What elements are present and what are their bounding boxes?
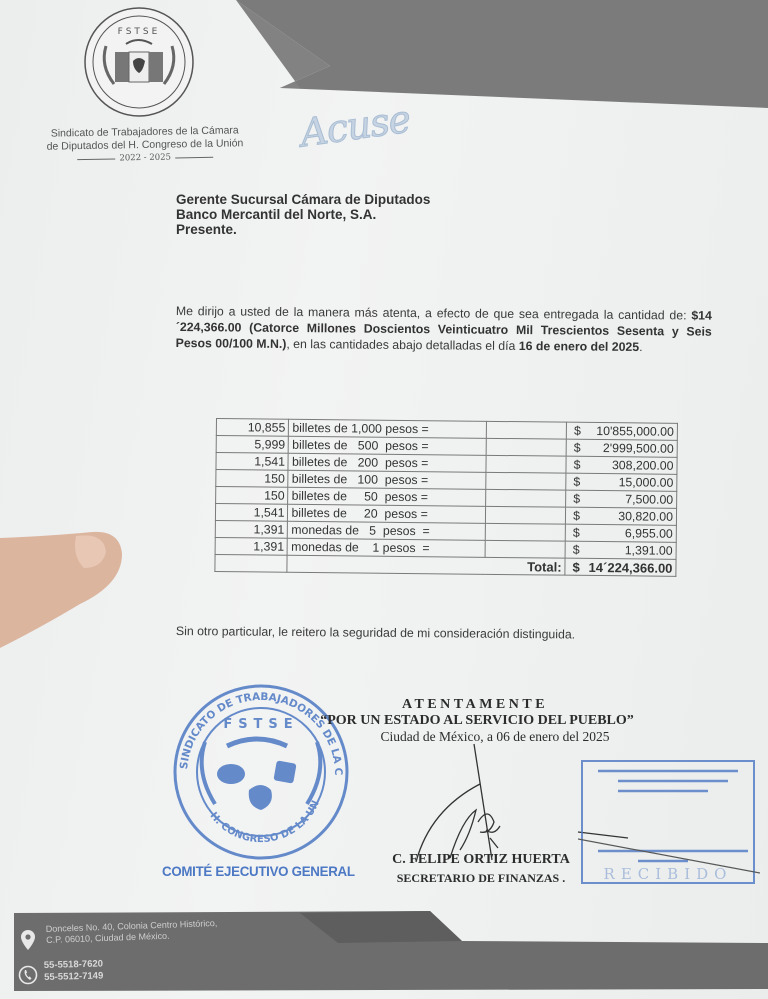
svg-text:RECIBIDO: RECIBIDO (604, 865, 733, 883)
qty-cell: 1,391 (215, 520, 288, 538)
total-label: Total: (287, 555, 565, 575)
amount-cell: $6,955.00 (565, 524, 676, 542)
currency-symbol: $ (569, 475, 580, 489)
qty-cell: 5,999 (216, 436, 289, 454)
amount-value: 6,955.00 (625, 526, 673, 541)
amount-cell: $30,820.00 (566, 507, 677, 525)
svg-text:FSTSE: FSTSE (118, 27, 161, 37)
total-amount: 14´224,366.00 (589, 559, 673, 575)
amount-cell: $10'855,000.00 (566, 422, 677, 440)
amount-value: 30,820.00 (618, 509, 673, 524)
footer-phones: 55-5518-7620 55-5512-7149 (44, 958, 104, 984)
amount-value: 10'855,000.00 (596, 424, 674, 439)
union-seal-stamp: SINDICATO DE TRABAJADORES DE LA CÁMARA D… (165, 682, 357, 862)
thumb (0, 528, 130, 668)
spacer-cell (486, 523, 566, 541)
motto: “POR UN ESTADO AL SERVICIO DEL PUEBLO” (292, 713, 662, 729)
total-amount-cell: $14´224,366.00 (565, 558, 676, 576)
currency-symbol: $ (570, 441, 581, 455)
currency-symbol: $ (569, 559, 580, 574)
addressee-presente: Presente. (176, 222, 430, 237)
denomination-cell: billetes de 20 pesos = (288, 504, 486, 523)
footer-band (0, 905, 768, 999)
qty-cell: 10,855 (216, 419, 289, 437)
amount-value: 2'999,500.00 (603, 441, 674, 456)
currency-symbol: $ (569, 492, 580, 506)
spacer-cell (486, 455, 566, 473)
empty-cell (215, 554, 288, 572)
union-logo: FSTSE (78, 6, 200, 118)
amount-value: 308,200.00 (612, 458, 674, 473)
qty-cell: 1,541 (216, 453, 289, 471)
spacer-cell (486, 506, 566, 524)
amount-cell: $15,000.00 (566, 473, 677, 491)
signer-name: C. FELIPE ORTIZ HUERTA (376, 852, 586, 868)
currency-symbol: $ (570, 424, 581, 438)
addressee-title: Gerente Sucursal Cámara de Diputados (176, 192, 430, 207)
qty-cell: 1,391 (215, 537, 288, 555)
denomination-cell: monedas de 5 pesos = (288, 521, 486, 540)
union-name: Sindicato de Trabajadores de la Cámara d… (20, 124, 271, 167)
body-paragraph: Me dirijo a usted de la manera más atent… (176, 303, 712, 356)
denomination-cell: billetes de 50 pesos = (288, 487, 486, 506)
addressee-block: Gerente Sucursal Cámara de Diputados Ban… (176, 192, 430, 237)
denomination-cell: billetes de 200 pesos = (288, 453, 486, 472)
spacer-cell (487, 438, 567, 456)
denomination-cell: monedas de 1 pesos = (288, 538, 486, 557)
denomination-table: 10,855billetes de 1,000 pesos =$10'855,0… (214, 418, 678, 577)
qty-cell: 1,541 (215, 504, 288, 522)
denomination-cell: billetes de 1,000 pesos = (289, 419, 487, 438)
bank-received-stamp: RECIBIDO (578, 757, 760, 887)
currency-symbol: $ (570, 458, 581, 472)
qty-cell: 150 (216, 470, 289, 488)
phone-icon (18, 965, 38, 985)
amount-cell: $1,391.00 (565, 541, 676, 559)
denomination-cell: billetes de 500 pesos = (289, 436, 487, 455)
amount-value: 7,500.00 (625, 492, 673, 507)
spacer-cell (486, 472, 566, 490)
seal-caption: COMITÉ EJECUTIVO GENERAL (162, 863, 355, 879)
atentamente: ATENTAMENTE (370, 697, 580, 713)
spacer-cell (486, 540, 566, 558)
denomination-cell: billetes de 100 pesos = (288, 470, 486, 489)
qty-cell: 150 (216, 487, 289, 505)
amount-cell: $308,200.00 (566, 456, 677, 474)
currency-symbol: $ (569, 526, 580, 540)
total-row: Total:$14´224,366.00 (215, 554, 676, 576)
addressee-bank: Banco Mercantil del Norte, S.A. (176, 207, 430, 222)
amount-cell: $7,500.00 (566, 490, 677, 508)
amount-cell: $2'999,500.00 (566, 439, 677, 457)
location-pin-icon (20, 930, 36, 950)
spacer-cell (486, 489, 566, 507)
body-middle: , en las cantidades abajo detalladas el … (286, 337, 519, 353)
signer-role: SECRETARIO DE FINANZAS . (376, 871, 586, 886)
amount-value: 1,391.00 (625, 543, 673, 558)
body-date: 16 de enero del 2025 (519, 339, 639, 354)
currency-symbol: $ (569, 543, 580, 557)
footer-phone2: 55-5512-7149 (44, 970, 103, 984)
spacer-cell (487, 421, 567, 439)
svg-text:FSTSE: FSTSE (223, 717, 298, 732)
currency-symbol: $ (569, 509, 580, 523)
amount-value: 15,000.00 (619, 475, 674, 490)
closing-line: Sin otro particular, le reitero la segur… (176, 624, 575, 641)
body-end: . (639, 340, 643, 354)
term-text: 2022 - 2025 (119, 152, 171, 166)
